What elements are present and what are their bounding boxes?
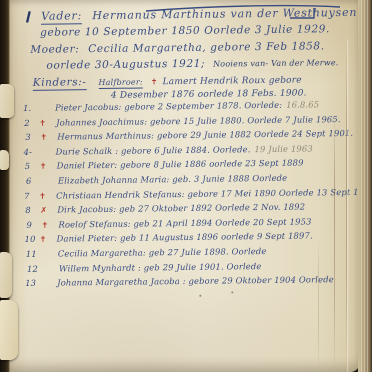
moeder-line: Moeder: Cecilia Margaretha, gebore 3 Feb… [30, 40, 324, 56]
deceased-cross-mark: ✝ [39, 118, 47, 127]
child-entry: 11Cecilia Margaretha: geb 27 Julie 1898.… [26, 246, 267, 259]
child-entry: 12Willem Mynhardt : geb 29 Julie 1901. O… [27, 261, 262, 274]
child-entry: 10✝Daniel Pieter: geb 11 Augustus 1896 o… [25, 231, 313, 245]
child-record-text: Elizabeth Johanna Maria: geb. 3 Junie 18… [58, 173, 287, 186]
paper-crease [318, 240, 319, 372]
child-record-text: Johanna Margaretha Jacoba : gebore 29 Ok… [57, 274, 334, 287]
deceased-cross-mark: ✝ [41, 220, 49, 229]
child-record-text: Johannes Joachimus: gebore 15 Julie 1880… [56, 114, 341, 127]
child-number: 5 [25, 161, 40, 171]
child-number: 6 [26, 176, 41, 186]
torn-paper-patch [0, 252, 12, 298]
pencil-dot [199, 295, 201, 297]
child-record-text: Willem Mynhardt : geb 29 Julie 1901. Oor… [59, 261, 262, 273]
child-number: 3 [25, 132, 40, 142]
child-record-text: Cecilia Margaretha: geb 27 Julie 1898. O… [58, 246, 267, 259]
deceased-cross-mark: ✝ [40, 133, 48, 142]
child-entry: 2✝Johannes Joachimus: gebore 15 Julie 18… [24, 114, 341, 128]
torn-paper-patch [0, 84, 14, 118]
pencil-annotation: 19 Julie 1963 [254, 143, 312, 154]
child-record-text: Pieter Jacobus: gebore 2 September 1878.… [55, 100, 282, 113]
vader-line: ❙ Vader: Hermanus Marthinus van der West… [24, 6, 358, 23]
child-record-text: Daniel Pieter: geb 11 Augustus 1896 oorl… [57, 231, 313, 244]
deceased-cross-mark: ✗ [40, 206, 48, 215]
child-entry: 1.Pieter Jacobus: gebore 2 September 187… [23, 99, 319, 113]
pencil-dot [231, 291, 233, 293]
torn-paper-patch [0, 150, 9, 170]
moeder-maiden-name: Nooiens van- Van der Merwe. [213, 58, 339, 69]
red-cross-mark: ✝ [151, 77, 158, 86]
book-page-edges [358, 0, 372, 372]
vader-name: Hermanus Marthinus van der Westhuysen [92, 6, 357, 22]
child-record-text: Hermanus Marthinus: gebore 29 Junie 1882… [57, 128, 353, 142]
photo-of-register-page: ❙ Vader: Hermanus Marthinus van der West… [0, 0, 372, 372]
register-page: ❙ Vader: Hermanus Marthinus van der West… [8, 0, 360, 372]
pencil-annotation: 16.8.65 [286, 99, 319, 109]
child-number: 7 [24, 190, 39, 200]
child-entry: 3✝Hermanus Marthinus: gebore 29 Junie 18… [25, 128, 353, 142]
deceased-cross-mark: ✝ [40, 162, 48, 171]
child-number: 8 [25, 205, 40, 215]
child-entry: 9✝Roelof Stefanus: geb 21 April 1894 Oor… [26, 216, 311, 229]
deceased-cross-mark: ✝ [40, 235, 48, 244]
child-record-text: Roelof Stefanus: geb 21 April 1894 Oorle… [58, 216, 311, 229]
child-number: 4- [24, 147, 39, 157]
child-entry: 6Elizabeth Johanna Maria: geb. 3 Junie 1… [26, 173, 287, 186]
child-entry: 5✝Daniel Pieter: gebore 8 Julie 1886 oor… [25, 158, 304, 171]
page-edge-line [364, 0, 365, 372]
paper-crease [334, 110, 335, 372]
child-entry: 4-Durie Schalk : gebore 6 Julie 1884. Oo… [24, 143, 313, 157]
page-edge-line [367, 0, 368, 372]
child-number: 11 [26, 249, 41, 259]
child-number: 12 [27, 263, 42, 273]
torn-paper-patch [0, 300, 18, 360]
handwritten-content: ❙ Vader: Hermanus Marthinus van der West… [6, 0, 363, 372]
child-record-text: Christiaan Hendrik Stefanus: gebore 17 M… [56, 186, 372, 200]
paper-crease [346, 40, 347, 372]
child-number: 2 [24, 117, 39, 127]
moeder-dates-line: oorlede 30-Augustus 1921; Nooiens van- V… [46, 56, 338, 72]
vader-dates: gebore 10 September 1850 Oorlede 3 Julie… [40, 23, 330, 39]
halfbroer-label: Halfbroer: [98, 77, 142, 89]
pen-tick-mark: ❙ [23, 9, 36, 24]
child-entry: 7✝Christiaan Hendrik Stefanus: gebore 17… [24, 186, 372, 200]
kinders-line: Kinders:- Halfbroer: ✝ Lamert Hendrik Ro… [33, 74, 302, 89]
page-edge-line [361, 0, 362, 372]
child-number: 10 [25, 234, 40, 244]
child-number: 9 [26, 220, 41, 230]
child-record-text: Daniel Pieter: gebore 8 Julie 1886 oorle… [57, 158, 304, 171]
child-number: 1. [23, 103, 38, 113]
child-entry: 8✗Dirk Jacobus: geb 27 Oktober 1892 Oorl… [25, 202, 305, 215]
child-entry: 13Johanna Margaretha Jacoba : gebore 29 … [25, 274, 334, 288]
vader-label: Vader: [41, 9, 82, 24]
kinders-label: Kinders:- [33, 76, 87, 91]
child-record-text: Dirk Jacobus: geb 27 Oktober 1892 Oorled… [57, 202, 305, 215]
deceased-cross-mark: ✝ [39, 191, 47, 200]
moeder-dates: oorlede 30-Augustus 1921; [46, 58, 205, 72]
moeder-name: Cecilia Margaretha, gebore 3 Feb 1858. [88, 40, 325, 55]
child-number: 13 [25, 278, 40, 288]
halfbroer-name: Lamert Hendrik Roux gebore [163, 76, 302, 88]
child-record-text: Durie Schalk : gebore 6 Julie 1884. Oorl… [56, 144, 251, 156]
moeder-label: Moeder: [30, 43, 79, 56]
